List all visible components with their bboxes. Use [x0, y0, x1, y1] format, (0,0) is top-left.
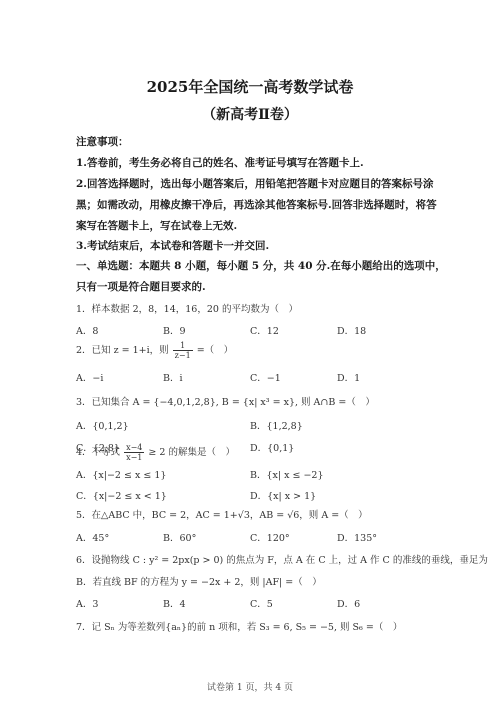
q6-option-d: D．6 [337, 596, 360, 610]
q6-option-b: B．4 [163, 596, 186, 610]
question-2-stem: 2．已知 z = 1+i，则 1z−1 =（ ） [76, 341, 233, 360]
exam-subtitle: （新高考Ⅱ卷） [0, 104, 500, 124]
q4-option-c: C．{x|−2 ≤ x < 1} [76, 488, 167, 502]
note-line: 2.回答选择题时，选出每小题答案后，用铅笔把答题卡对应题目的答案标号涂 [76, 176, 433, 191]
question-5-stem: 5．在△ABC 中，BC = 2，AC = 1+√3，AB = √6，则 A =… [76, 507, 368, 521]
question-4-stem: 4．不等式 x−4x−1 ≥ 2 的解集是（ ） [76, 443, 235, 462]
q4-frac-num: x−4 [124, 443, 144, 453]
q2-stem-post: =（ ） [197, 345, 233, 356]
notes-heading: 注意事项： [76, 134, 129, 149]
q2-option-d: D．1 [337, 370, 360, 384]
q1-option-a: A．8 [76, 323, 98, 337]
q5-option-d: D．135° [337, 530, 377, 544]
q5-option-a: A．45° [76, 530, 109, 544]
q1-option-d: D．18 [337, 323, 366, 337]
q4-fraction: x−4x−1 [124, 443, 144, 462]
exam-title: 2025年全国统一高考数学试卷 [0, 76, 500, 97]
q3-option-d: D．{0,1} [250, 440, 294, 454]
note-line: 1.答卷前，考生务必将自己的姓名、准考证号填写在答题卡上. [76, 155, 364, 170]
note-line: 黑；如需改动，用橡皮擦干净后，再选涂其他答案标号.回答非选择题时，将答 [76, 197, 437, 212]
question-1-stem: 1．样本数据 2，8，14，16，20 的平均数为（ ） [76, 301, 298, 315]
question-6-stem: 6．设抛物线 C : y² = 2px(p > 0) 的焦点为 F，点 A 在 … [76, 552, 488, 566]
q2-fraction: 1z−1 [173, 341, 193, 360]
q5-option-c: C．120° [250, 530, 290, 544]
q4-option-d: D．{x| x > 1} [250, 488, 316, 502]
question-6-stem-cont: B．若直线 BF 的方程为 y = −2x + 2，则 |AF| =（ ） [76, 574, 322, 588]
question-7-stem: 7．记 Sₙ 为等差数列{aₙ}的前 n 项和，若 S₃ = 6, S₅ = −… [76, 619, 402, 633]
q2-option-b: B．i [163, 370, 183, 384]
q4-frac-den: x−1 [124, 453, 144, 462]
q6-option-c: C．5 [250, 596, 273, 610]
page-footer: 试卷第 1 页，共 4 页 [0, 680, 500, 693]
q4-option-a: A．{x|−2 ≤ x ≤ 1} [76, 467, 166, 481]
q4-stem-pre: 4．不等式 [76, 447, 120, 458]
q3-option-a: A．{0,1,2} [76, 418, 129, 432]
note-line: 3.考试结束后，本试卷和答题卡一并交回. [76, 238, 269, 253]
section-heading-cont: 只有一项是符合题目要求的. [76, 279, 206, 294]
q6-option-a: A．3 [76, 596, 98, 610]
q2-option-a: A．−i [76, 370, 103, 384]
q4-option-b: B．{x| x ≤ −2} [250, 467, 324, 481]
q2-frac-den: z−1 [173, 351, 193, 360]
q1-option-c: C．12 [250, 323, 279, 337]
q1-option-b: B．9 [163, 323, 186, 337]
q2-option-c: C．−1 [250, 370, 281, 384]
note-line: 案写在答题卡上，写在试卷上无效. [76, 218, 237, 233]
q2-frac-num: 1 [173, 341, 193, 351]
q2-stem-pre: 2．已知 z = 1+i，则 [76, 345, 169, 356]
section-heading: 一、单选题：本题共 8 小题，每小题 5 分，共 40 分.在每小题给出的选项中… [76, 258, 446, 273]
q3-option-b: B．{1,2,8} [250, 418, 303, 432]
q5-option-b: B．60° [163, 530, 196, 544]
q4-stem-post: ≥ 2 的解集是（ ） [148, 447, 235, 458]
question-3-stem: 3．已知集合 A = {−4,0,1,2,8}, B = {x| x³ = x}… [76, 394, 375, 408]
